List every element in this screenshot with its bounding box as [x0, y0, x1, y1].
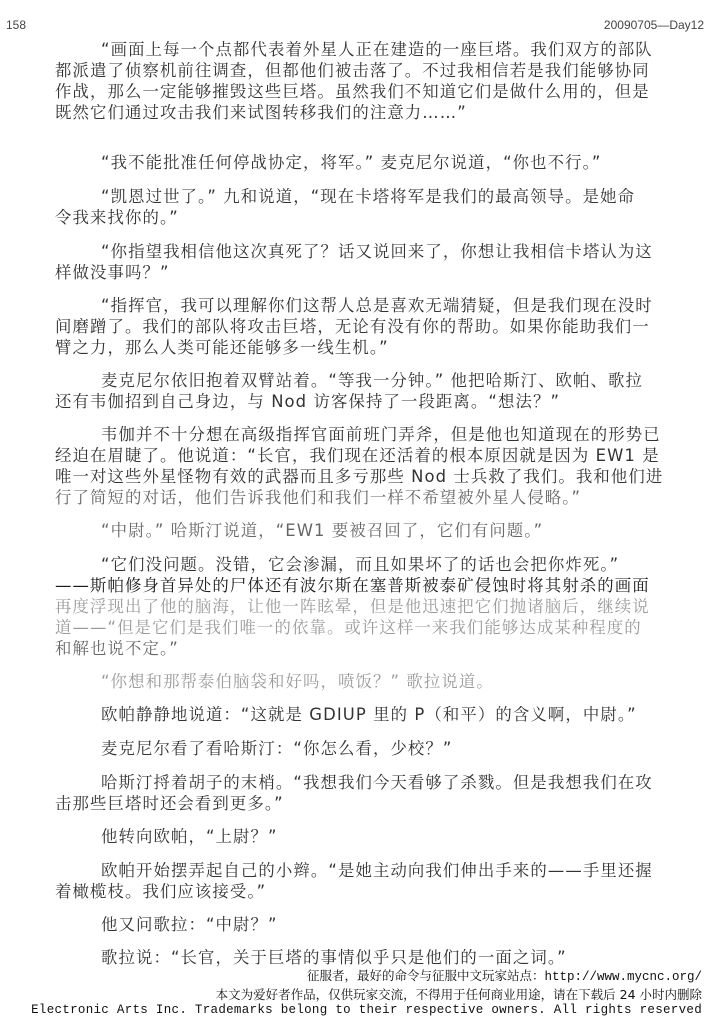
paragraph-line: “指挥官，我可以理解你们这帮人总是喜欢无端猜疑，但是我们现在没时: [101, 296, 653, 316]
document-id: 20090705—Day12: [604, 18, 704, 32]
paragraph-line: 欧帕开始摆弄起自己的小辫。“是她主动向我们伸出手来的——手里还握: [101, 861, 653, 881]
page-number: 158: [6, 18, 26, 32]
paragraph-line: “我不能批准任何停战协定，将军。” 麦克尼尔说道，“你也不行。”: [101, 153, 602, 173]
paragraph-line: “你想和那帮泰伯脑袋和好吗，喷饭？” 歌拉说道。: [101, 672, 494, 692]
paragraph-line: 行了简短的对话，他们告诉我他们和我们一样不希望被外星人侵略。”: [55, 488, 581, 508]
paragraph-line: 他转向欧帕，“上尉？”: [101, 827, 278, 847]
paragraph-line: 击那些巨塔时还会看到更多。”: [55, 794, 284, 814]
paragraph-line: 既然它们通过攻击我们来试图转移我们的注意力……”: [55, 103, 467, 123]
paragraph-line: “画面上每一个点都代表着外星人正在建造的一座巨塔。我们双方的部队: [101, 40, 653, 60]
paragraph-line: 哈斯汀捋着胡子的末梢。“我想我们今天看够了杀戮。但是我想我们在攻: [101, 773, 653, 793]
paragraph-line: 麦克尼尔依旧抱着双臂站着。“等我一分钟。” 他把哈斯汀、欧帕、歌拉: [101, 371, 643, 391]
paragraph-line: 着橄榄枝。我们应该接受。”: [55, 882, 266, 902]
paragraph-line: ——斯帕修身首异处的尸体还有波尔斯在塞普斯被泰矿侵蚀时将其射杀的画面: [55, 576, 650, 596]
footer-disclaimer: 本文为爱好者作品，仅供玩家交流，不得用于任何商业用途，请在下载后 24 小时内删…: [216, 985, 702, 1003]
paragraph-line: 样做没事吗？”: [55, 263, 170, 283]
paragraph-line: 作战，那么一定能够摧毁这些巨塔。虽然我们不知道它们是做什么用的，但是: [55, 82, 650, 102]
paragraph-line: “中尉。” 哈斯汀说道，“EW1 要被召回了，它们有问题。”: [101, 521, 543, 541]
paragraph-line: 韦伽并不十分想在高级指挥官面前班门弄斧，但是他也知道现在的形势已: [101, 425, 661, 445]
paragraph-line: 臂之力，那么人类可能还能够多一线生机。”: [55, 338, 389, 358]
paragraph-line: 麦克尼尔看了看哈斯汀：“你怎么看，少校？”: [101, 739, 453, 759]
footer-trademark: Electronic Arts Inc. Trademarks belong t…: [31, 1003, 702, 1017]
paragraph-line: 和解也说不定。”: [55, 639, 179, 659]
paragraph-line: 歌拉说：“长官，关于巨塔的事情似乎只是他们的一面之词。”: [101, 948, 567, 968]
paragraph-line: 经迫在眉睫了。他说道：“长官，我们现在还活着的根本原因就是因为 EW1 是: [55, 446, 660, 466]
paragraph-line: 间磨蹭了。我们的部队将攻击巨塔，无论有没有你的帮助。如果你能助我们一: [55, 317, 650, 337]
paragraph-line: 都派遣了侦察机前往调查，但都他们被击落了。不过我相信若是我们能够协同: [55, 61, 650, 81]
paragraph-line: 再度浮现出了他的脑海，让他一阵眩晕，但是他迅速把它们抛诸脑后，继续说: [55, 597, 650, 617]
paragraph-line: 唯一对这些外星怪物有效的武器而且多亏那些 Nod 士兵救了我们。我和他们进: [55, 467, 663, 487]
footer-site-line: 征服者，最好的命令与征服中文玩家站点：http://www.mycnc.org/: [307, 966, 702, 984]
paragraph-line: 他又问歌拉：“中尉？”: [101, 915, 278, 935]
paragraph-line: 令我来找你的。”: [55, 208, 179, 228]
paragraph-line: “凯恩过世了。” 九和说道，“现在卡塔将军是我们的最高领导。是她命: [101, 187, 635, 207]
paragraph-line: 欧帕静静地说道：“这就是 GDIUP 里的 P（和平）的含义啊，中尉。”: [101, 705, 637, 725]
paragraph-line: 道——“但是它们是我们唯一的依靠。或许这样一来我们能够达成某种程度的: [55, 618, 642, 638]
paragraph-line: “你指望我相信他这次真死了？话又说回来了，你想让我相信卡塔认为这: [101, 242, 653, 262]
paragraph-line: “它们没问题。没错，它会渗漏，而且如果坏了的话也会把你炸死。”: [101, 555, 619, 575]
paragraph-line: 还有韦伽招到自己身边，与 Nod 访客保持了一段距离。“想法？”: [55, 392, 560, 412]
